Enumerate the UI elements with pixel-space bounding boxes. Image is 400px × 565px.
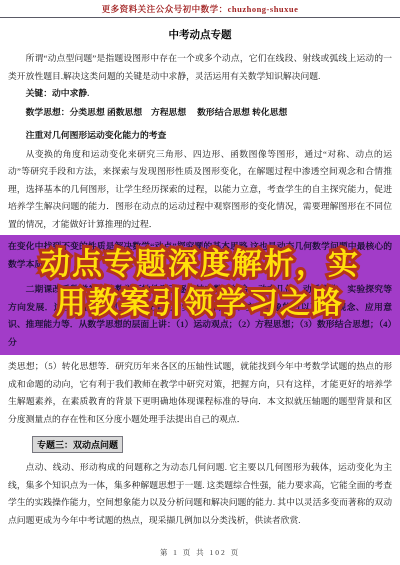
heading-exam-focus: 注重对几何图形运动变化能力的考查 xyxy=(8,127,392,145)
paragraph-key: 关键：动中求静. xyxy=(8,85,392,103)
document-body: 中考动点专题 所谓“动点型问题”是指题设图形中存在一个或多个动点，它们在线段、射… xyxy=(0,27,400,529)
page-footer: 第 1 页 共 102 页 xyxy=(0,547,400,558)
banner-paragraph-1: 在变化中找到不变的性质是解决数学“动点”探究题的基本思路,这也是动态几何数学问题… xyxy=(8,238,392,273)
promo-banner: 在变化中找到不变的性质是解决数学“动点”探究题的基本思路,这也是动态几何数学问题… xyxy=(0,235,400,355)
section-label-box: 专题三：双动点问题 xyxy=(32,436,123,453)
paragraph-double-point: 点动、线动、形动构成的问题称之为动态几何问题. 它主要以几何图形为载体，运动变化… xyxy=(8,459,392,529)
page-title: 中考动点专题 xyxy=(8,27,392,42)
banner-paragraph-2: 二期课改后数学卷中的数学压轴性题正逐步转向数形结合、动态几何、动手操作、实验探究… xyxy=(8,281,392,351)
document-page: 更多资料关注公众号初中数学：chuzhong-shuxue 中考动点专题 所谓“… xyxy=(0,0,400,565)
paragraph-intro: 所谓“动点型问题”是指题设图形中存在一个或多个动点，它们在线段、射线或弧线上运动… xyxy=(8,50,392,85)
paragraph-continuation: 类思想；（5）转化思想等．研究历年来各区的压轴性试题，就能找到今年中考数学试题的… xyxy=(8,358,392,428)
header-notice: 更多资料关注公众号初中数学：chuzhong-shuxue xyxy=(0,0,400,15)
paragraph-transform: 从变换的角度和运动变化来研究三角形、四边形、函数图像等图形，通过“对称、动点的运… xyxy=(8,146,392,234)
header-rule xyxy=(0,17,400,18)
paragraph-math-thoughts: 数学思想：分类思想 函数思想 方程思想 数形结合思想 转化思想 xyxy=(8,104,392,122)
